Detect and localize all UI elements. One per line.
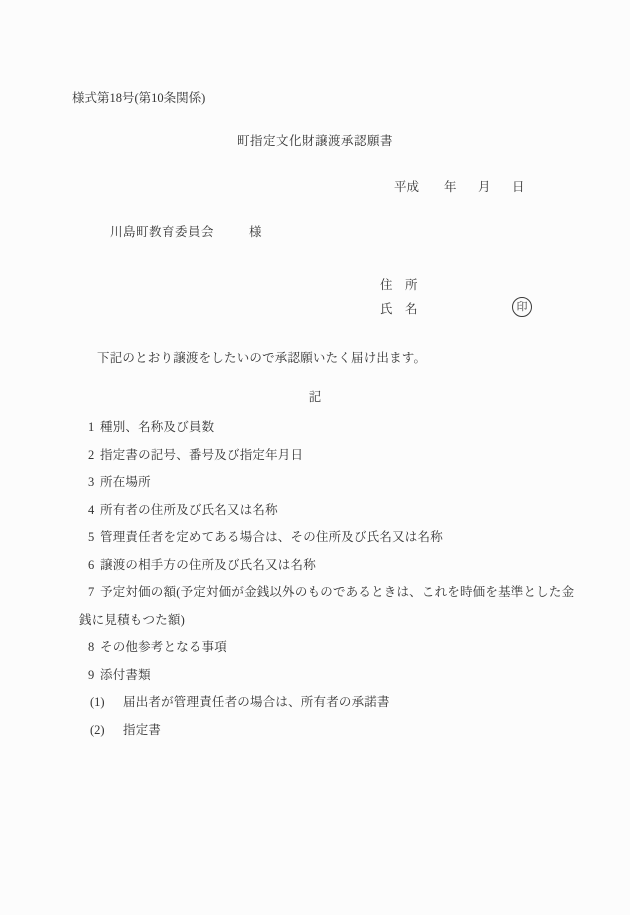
addressee-honorific: 様 [249,222,262,240]
item-number: 4 [88,497,94,525]
date-era-label: 平成 [394,177,419,195]
item-number: 7 [88,579,94,607]
list-item-4: 4 所有者の住所及び氏名又は名称 [0,497,630,525]
ki-heading: 記 [0,387,630,405]
item-text: 所有者の住所及び氏名又は名称 [0,497,630,525]
list-item-1: 1 種別、名称及び員数 [0,414,630,442]
item-text: 所在場所 [0,469,630,497]
form-number: 様式第18号(第10条関係) [72,88,205,106]
item-text: 添付書類 [0,662,630,690]
document-title: 町指定文化財譲渡承認願書 [0,131,630,149]
item-text: 予定対価の額(予定対価が金銭以外のものであるときは、これを時価を基準とした金銭に… [79,579,580,634]
addressee-name: 川島町教育委員会 [110,222,214,240]
item-list: 1 種別、名称及び員数 2 指定書の記号、番号及び指定年月日 3 所在場所 4 … [0,414,630,744]
item-text: 譲渡の相手方の住所及び氏名又は名称 [0,552,630,580]
list-item-5: 5 管理責任者を定めてある場合は、その住所及び氏名又は名称 [0,524,630,552]
item-text: 種別、名称及び員数 [0,414,630,442]
item-number: 6 [88,552,94,580]
list-item-9: 9 添付書類 [0,662,630,690]
document-page: 様式第18号(第10条関係) 町指定文化財譲渡承認願書 平成 年 月 日 川島町… [0,0,630,915]
date-day-label: 日 [512,177,525,195]
item-number: (1) [90,689,105,717]
name-field-label: 氏 名 [380,299,418,317]
item-number: 9 [88,662,94,690]
list-item-8: 8 その他参考となる事項 [0,634,630,662]
list-item-6: 6 譲渡の相手方の住所及び氏名又は名称 [0,552,630,580]
address-field-label: 住 所 [380,275,418,293]
list-subitem-2: (2) 指定書 [0,717,630,745]
item-text: 管理責任者を定めてある場合は、その住所及び氏名又は名称 [0,524,630,552]
item-number: 8 [88,634,94,662]
item-number: 3 [88,469,94,497]
list-subitem-1: (1) 届出者が管理責任者の場合は、所有者の承諾書 [0,689,630,717]
item-text: その他参考となる事項 [0,634,630,662]
list-item-3: 3 所在場所 [0,469,630,497]
item-number: 1 [88,414,94,442]
item-number: 2 [88,442,94,470]
list-item-2: 2 指定書の記号、番号及び指定年月日 [0,442,630,470]
date-month-label: 月 [478,177,491,195]
date-year-label: 年 [444,177,457,195]
intro-sentence: 下記のとおり譲渡をしたいので承認願いたく届け出ます。 [97,348,426,366]
item-number: 5 [88,524,94,552]
item-text: 指定書の記号、番号及び指定年月日 [0,442,630,470]
item-number: (2) [90,717,105,745]
list-item-7: 7 予定対価の額(予定対価が金銭以外のものであるときは、これを時価を基準とした金… [0,579,630,634]
seal-stamp-icon: 印 [512,297,532,317]
